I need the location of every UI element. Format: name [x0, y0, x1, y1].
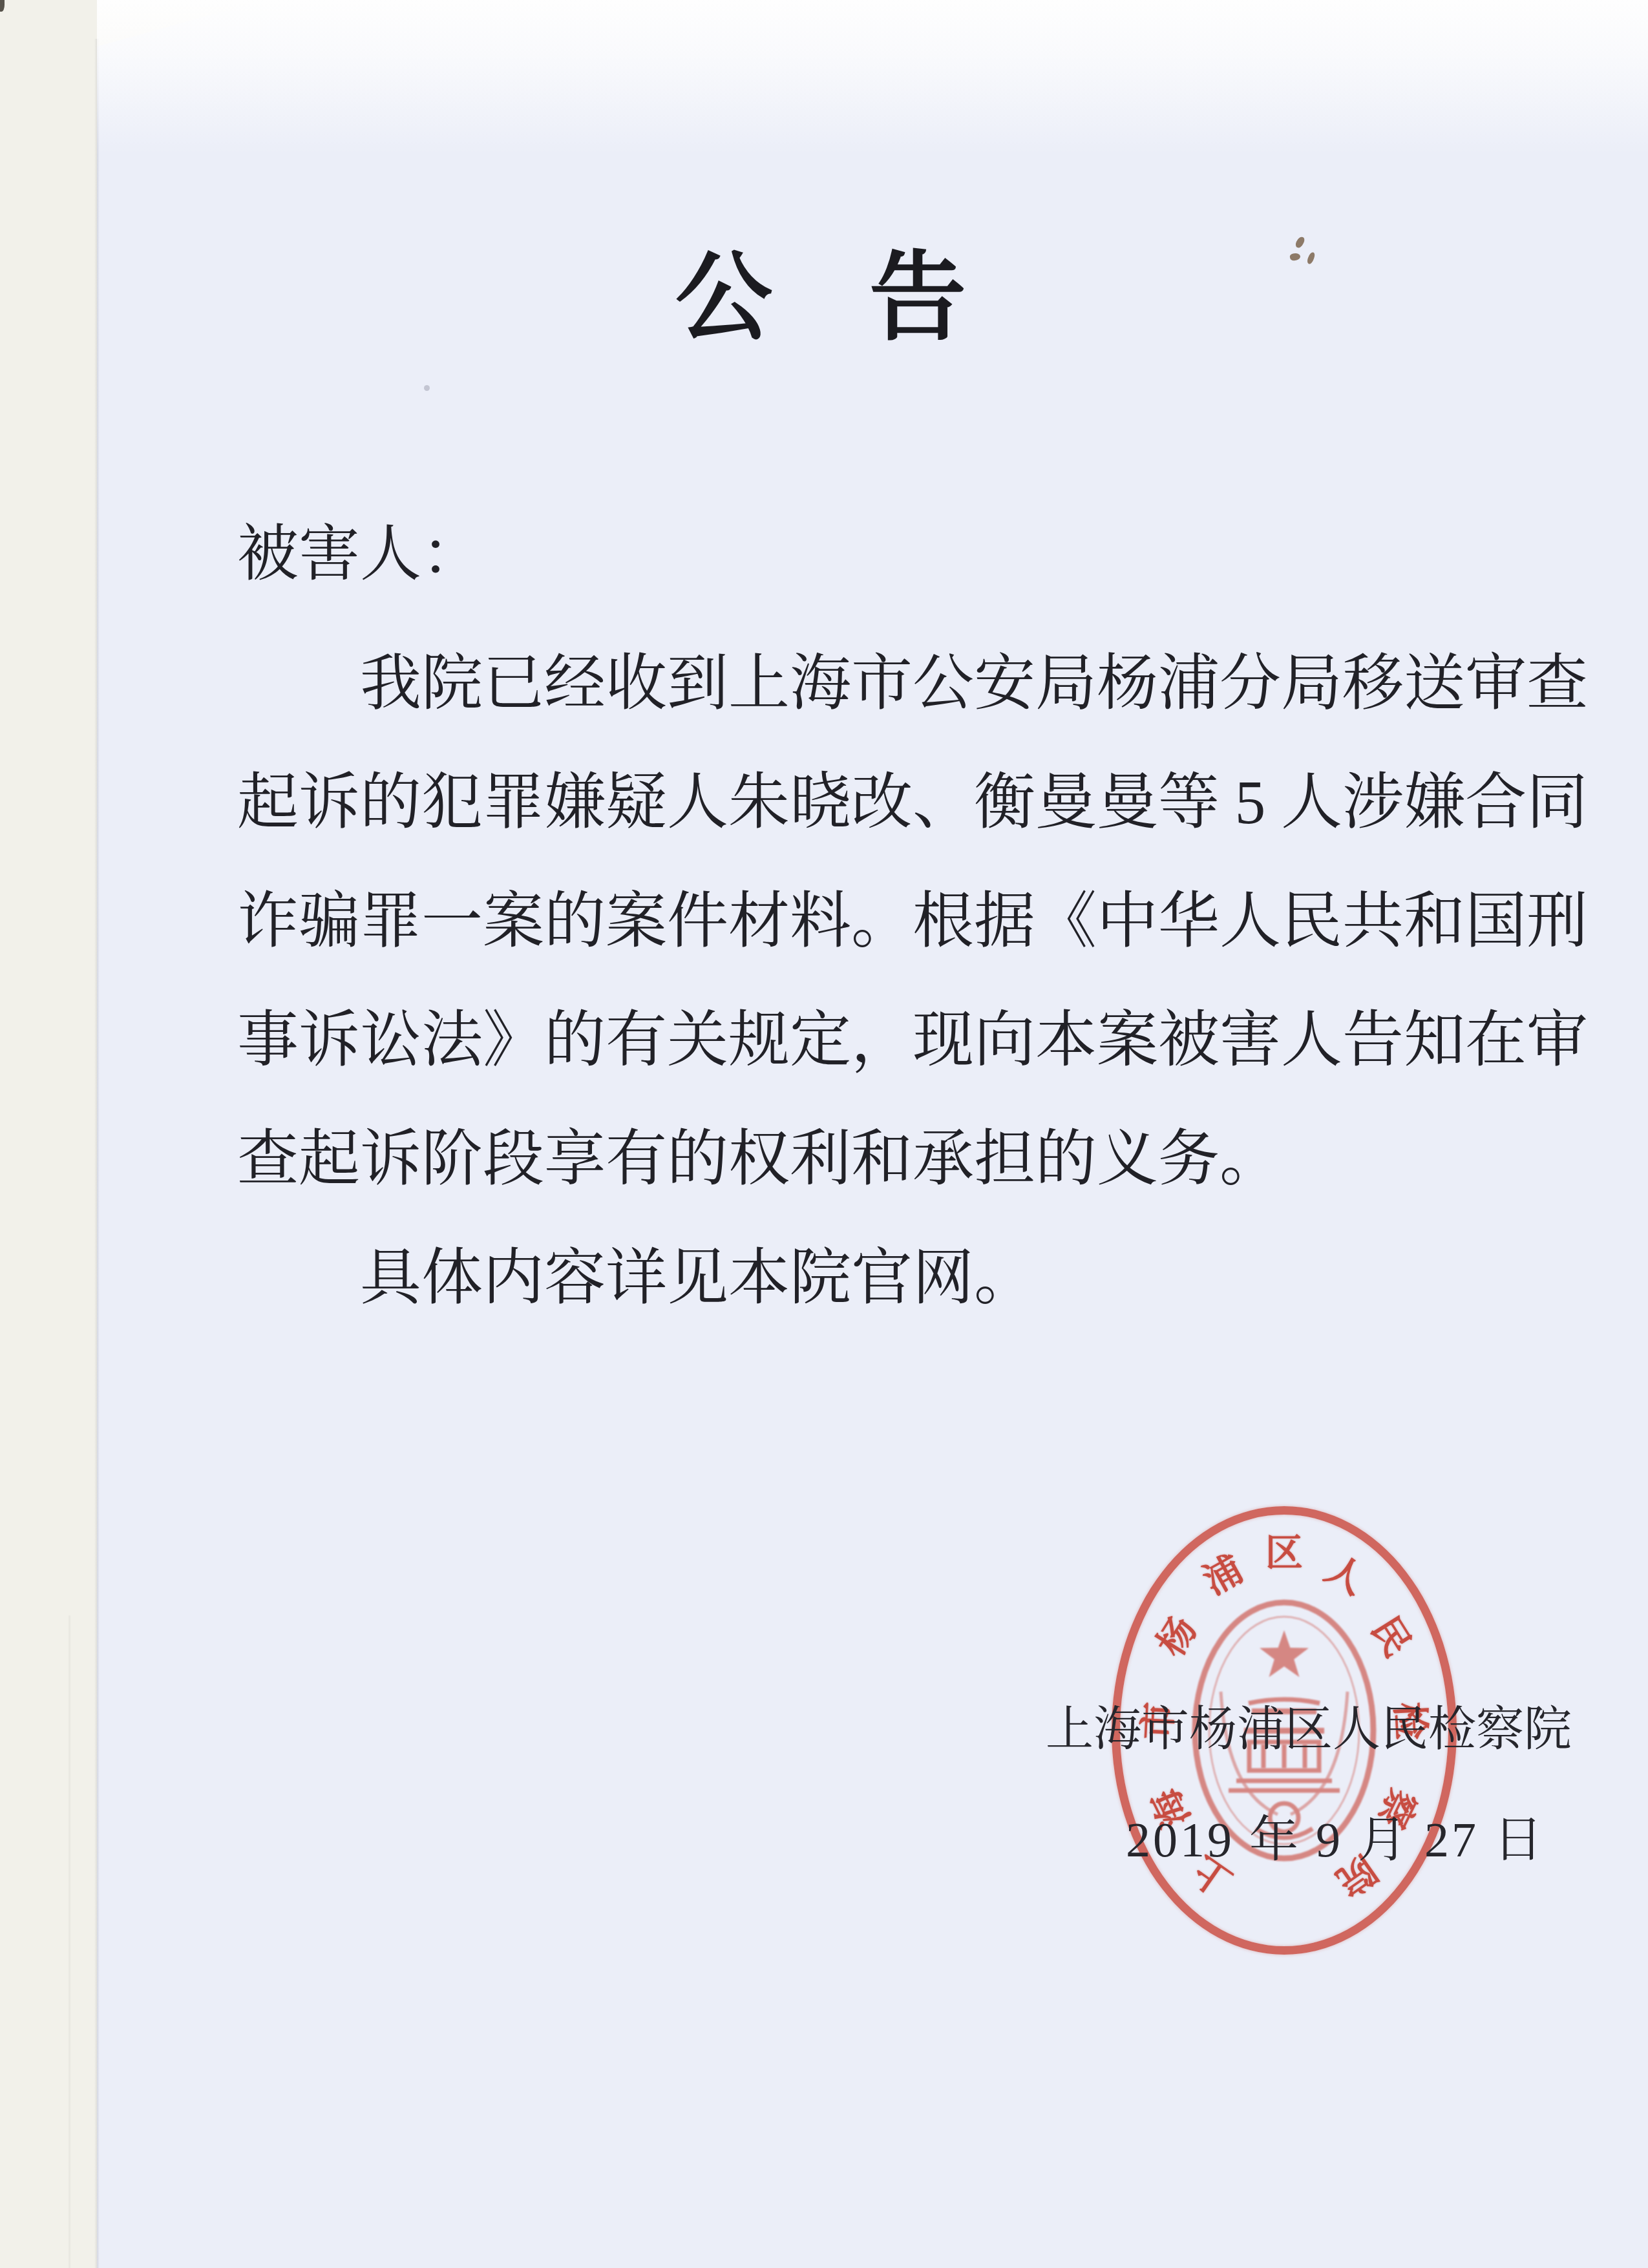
body-line: 我院已经收到上海市公安局杨浦分局移送审查: [237, 624, 1607, 743]
body-line: 起诉的犯罪嫌疑人朱晓改、衡曼曼等 5 人涉嫌合同: [237, 743, 1607, 862]
issue-date: 2019 年 9 月 27 日: [1126, 1814, 1545, 1866]
body-line: 诈骗罪一案的案件材料。根据《中华人民共和国刑: [237, 862, 1607, 981]
paper-left-edge-shadow: [94, 39, 100, 2268]
seal-arc-character: 区: [1265, 1522, 1303, 1577]
scanned-document: { "page": { "title": "公 告", "salutation"…: [0, 0, 1648, 2268]
body-line: 事诉讼法》的有关规定，现向本案被害人告知在审: [237, 981, 1607, 1100]
body-paragraphs: 我院已经收到上海市公安局杨浦分局移送审查 起诉的犯罪嫌疑人朱晓改、衡曼曼等 5 …: [237, 624, 1607, 1338]
scan-speck: [424, 385, 430, 391]
body-line: 具体内容详见本院官网。: [237, 1219, 1607, 1338]
body-line: 查起诉阶段享有的权利和承担的义务。: [237, 1100, 1607, 1219]
scan-corner-fleck: [0, 0, 5, 12]
document-title: 公 告: [0, 247, 1642, 350]
scanner-margin-streak: [69, 1615, 70, 2268]
salutation-line: 被害人：: [237, 495, 483, 614]
issuer-signature: 上海市杨浦区人民检察院: [1046, 1706, 1572, 1754]
